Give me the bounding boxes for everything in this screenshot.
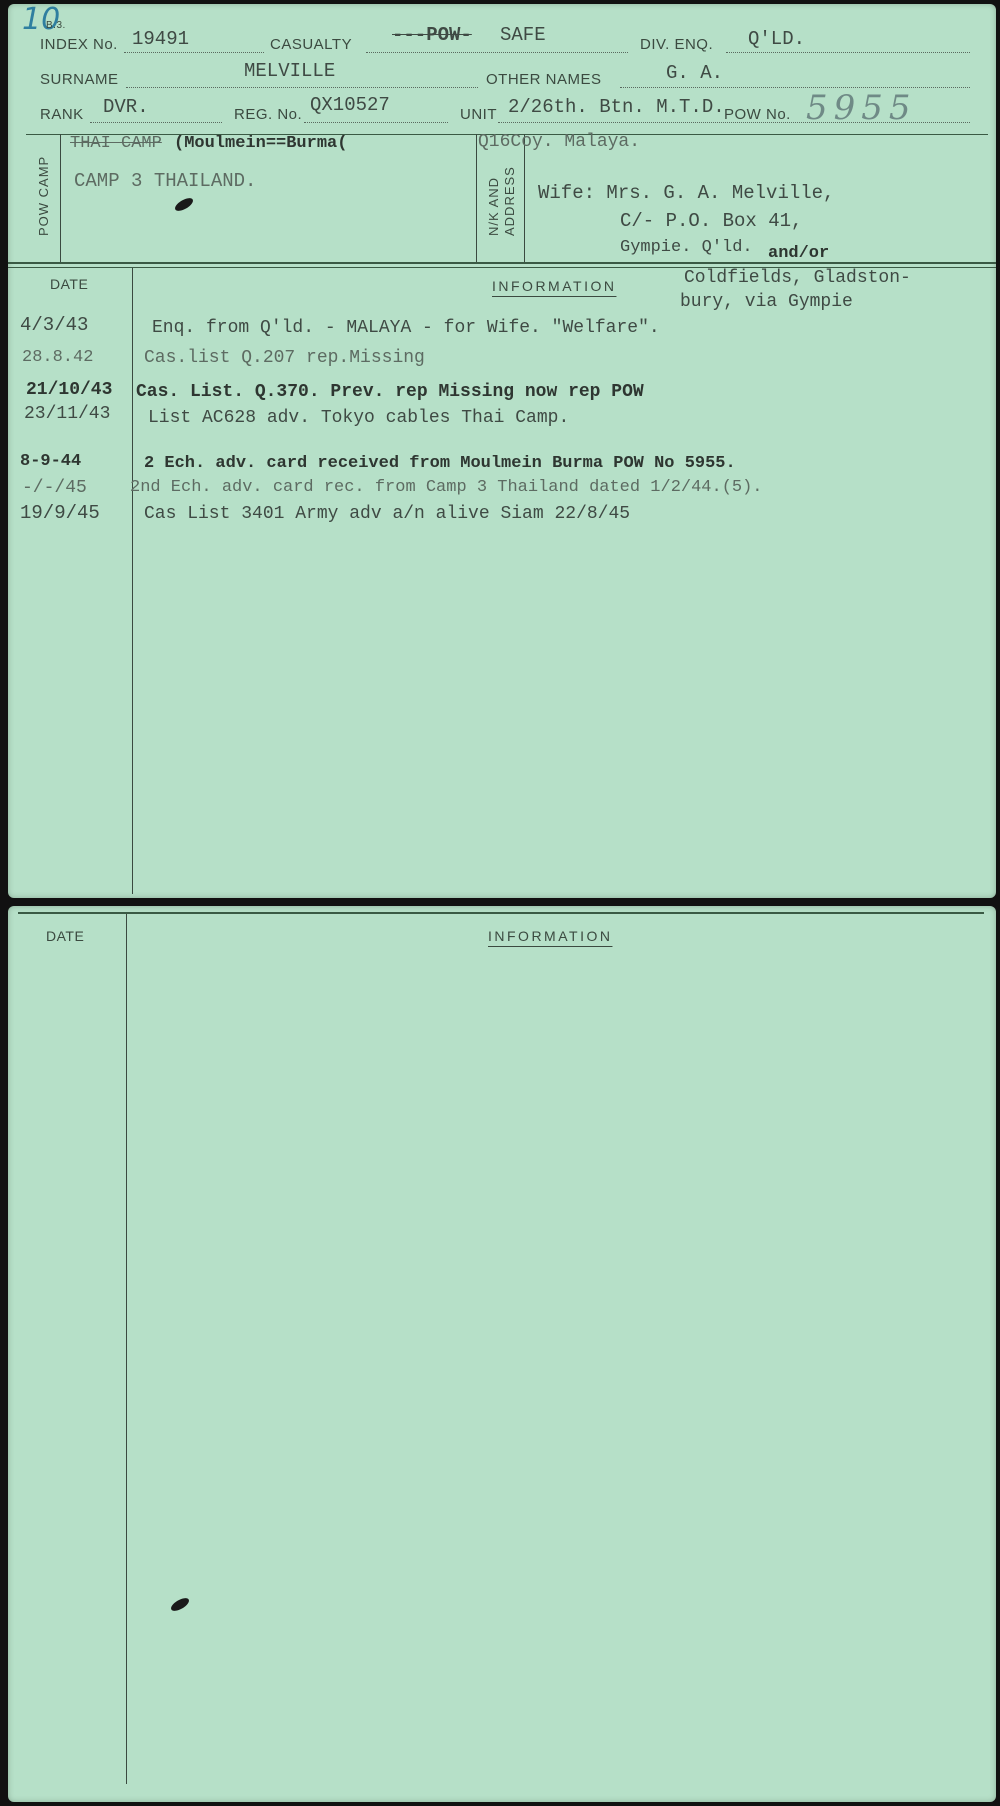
other-names-value: G. A. [666,62,723,84]
casualty-value: SAFE [500,24,546,46]
row-date: -/-/45 [22,478,87,498]
unit-continuation: Q16Coy. Malaya. [478,132,640,152]
div-enq-value: Q'LD. [748,28,805,50]
row-info: 2nd Ech. adv. card rec. from Camp 3 Thai… [130,478,763,497]
date-header: DATE [50,276,88,292]
reg-no-label: REG. No. [234,106,302,123]
row-date: 4/3/43 [20,314,88,336]
index-no-value: 19491 [132,28,189,50]
information-header-back: INFORMATION [488,928,612,944]
casualty-label: CASUALTY [270,36,352,53]
nk-address-and-or: and/or [768,244,829,263]
row-date: 28.8.42 [22,348,93,367]
surname-label: SURNAME [40,71,119,88]
row-date: 21/10/43 [26,380,112,400]
unit-value: 2/26th. Btn. M.T.D. [508,96,725,118]
pow-no-label: POW No. [724,106,791,123]
rank-label: RANK [40,106,84,123]
other-names-label: OTHER NAMES [486,71,602,88]
record-card-front: 10 B.3. INDEX No. 19491 CASUALTY ---POW-… [8,4,996,898]
row-date: 19/9/45 [20,502,100,524]
pow-camp-label: POW CAMP [36,156,51,236]
unit-label: UNIT [460,106,497,123]
row-info: List AC628 adv. Tokyo cables Thai Camp. [148,408,569,428]
small-annotation: B.3. [46,20,66,31]
row-info: Enq. from Q'ld. - MALAYA - for Wife. "We… [152,318,660,338]
pow-camp-struck: THAI CAMP [70,134,162,153]
nk-label-2: ADDRESS [502,166,517,236]
casualty-struck-value: ---POW- [392,24,472,46]
pow-camp-line1: (Moulmein==Burma( [174,134,347,153]
row-date: 23/11/43 [24,404,110,424]
reg-no-value: QX10527 [310,94,390,116]
row-info: 2 Ech. adv. card received from Moulmein … [144,454,736,473]
nk-address-extra-1: Coldfields, Gladston- [684,268,911,288]
date-header-back: DATE [46,928,84,944]
punch-hole [169,1596,191,1614]
row-info: Cas.list Q.207 rep.Missing [144,348,425,368]
nk-label-1: N/K AND [486,177,501,236]
pow-camp-line2: CAMP 3 THAILAND. [74,170,256,192]
nk-address-line-3: Gympie. Q'ld. [620,238,753,257]
rank-value: DVR. [103,96,149,118]
nk-address-extra-2: bury, via Gympie [680,292,853,312]
information-header: INFORMATION [492,278,616,294]
row-info: Cas. List. Q.370. Prev. rep Missing now … [136,382,644,402]
nk-address-line-2: C/- P.O. Box 41, [620,210,802,232]
row-info: Cas List 3401 Army adv a/n alive Siam 22… [144,504,630,524]
div-enq-label: DIV. ENQ. [640,36,713,53]
row-date: 8-9-44 [20,452,81,471]
record-card-back: DATE INFORMATION [8,906,996,1802]
index-no-label: INDEX No. [40,36,118,53]
nk-address-line-1: Wife: Mrs. G. A. Melville, [538,182,834,204]
punch-hole [173,196,195,214]
surname-value: MELVILLE [244,60,335,82]
